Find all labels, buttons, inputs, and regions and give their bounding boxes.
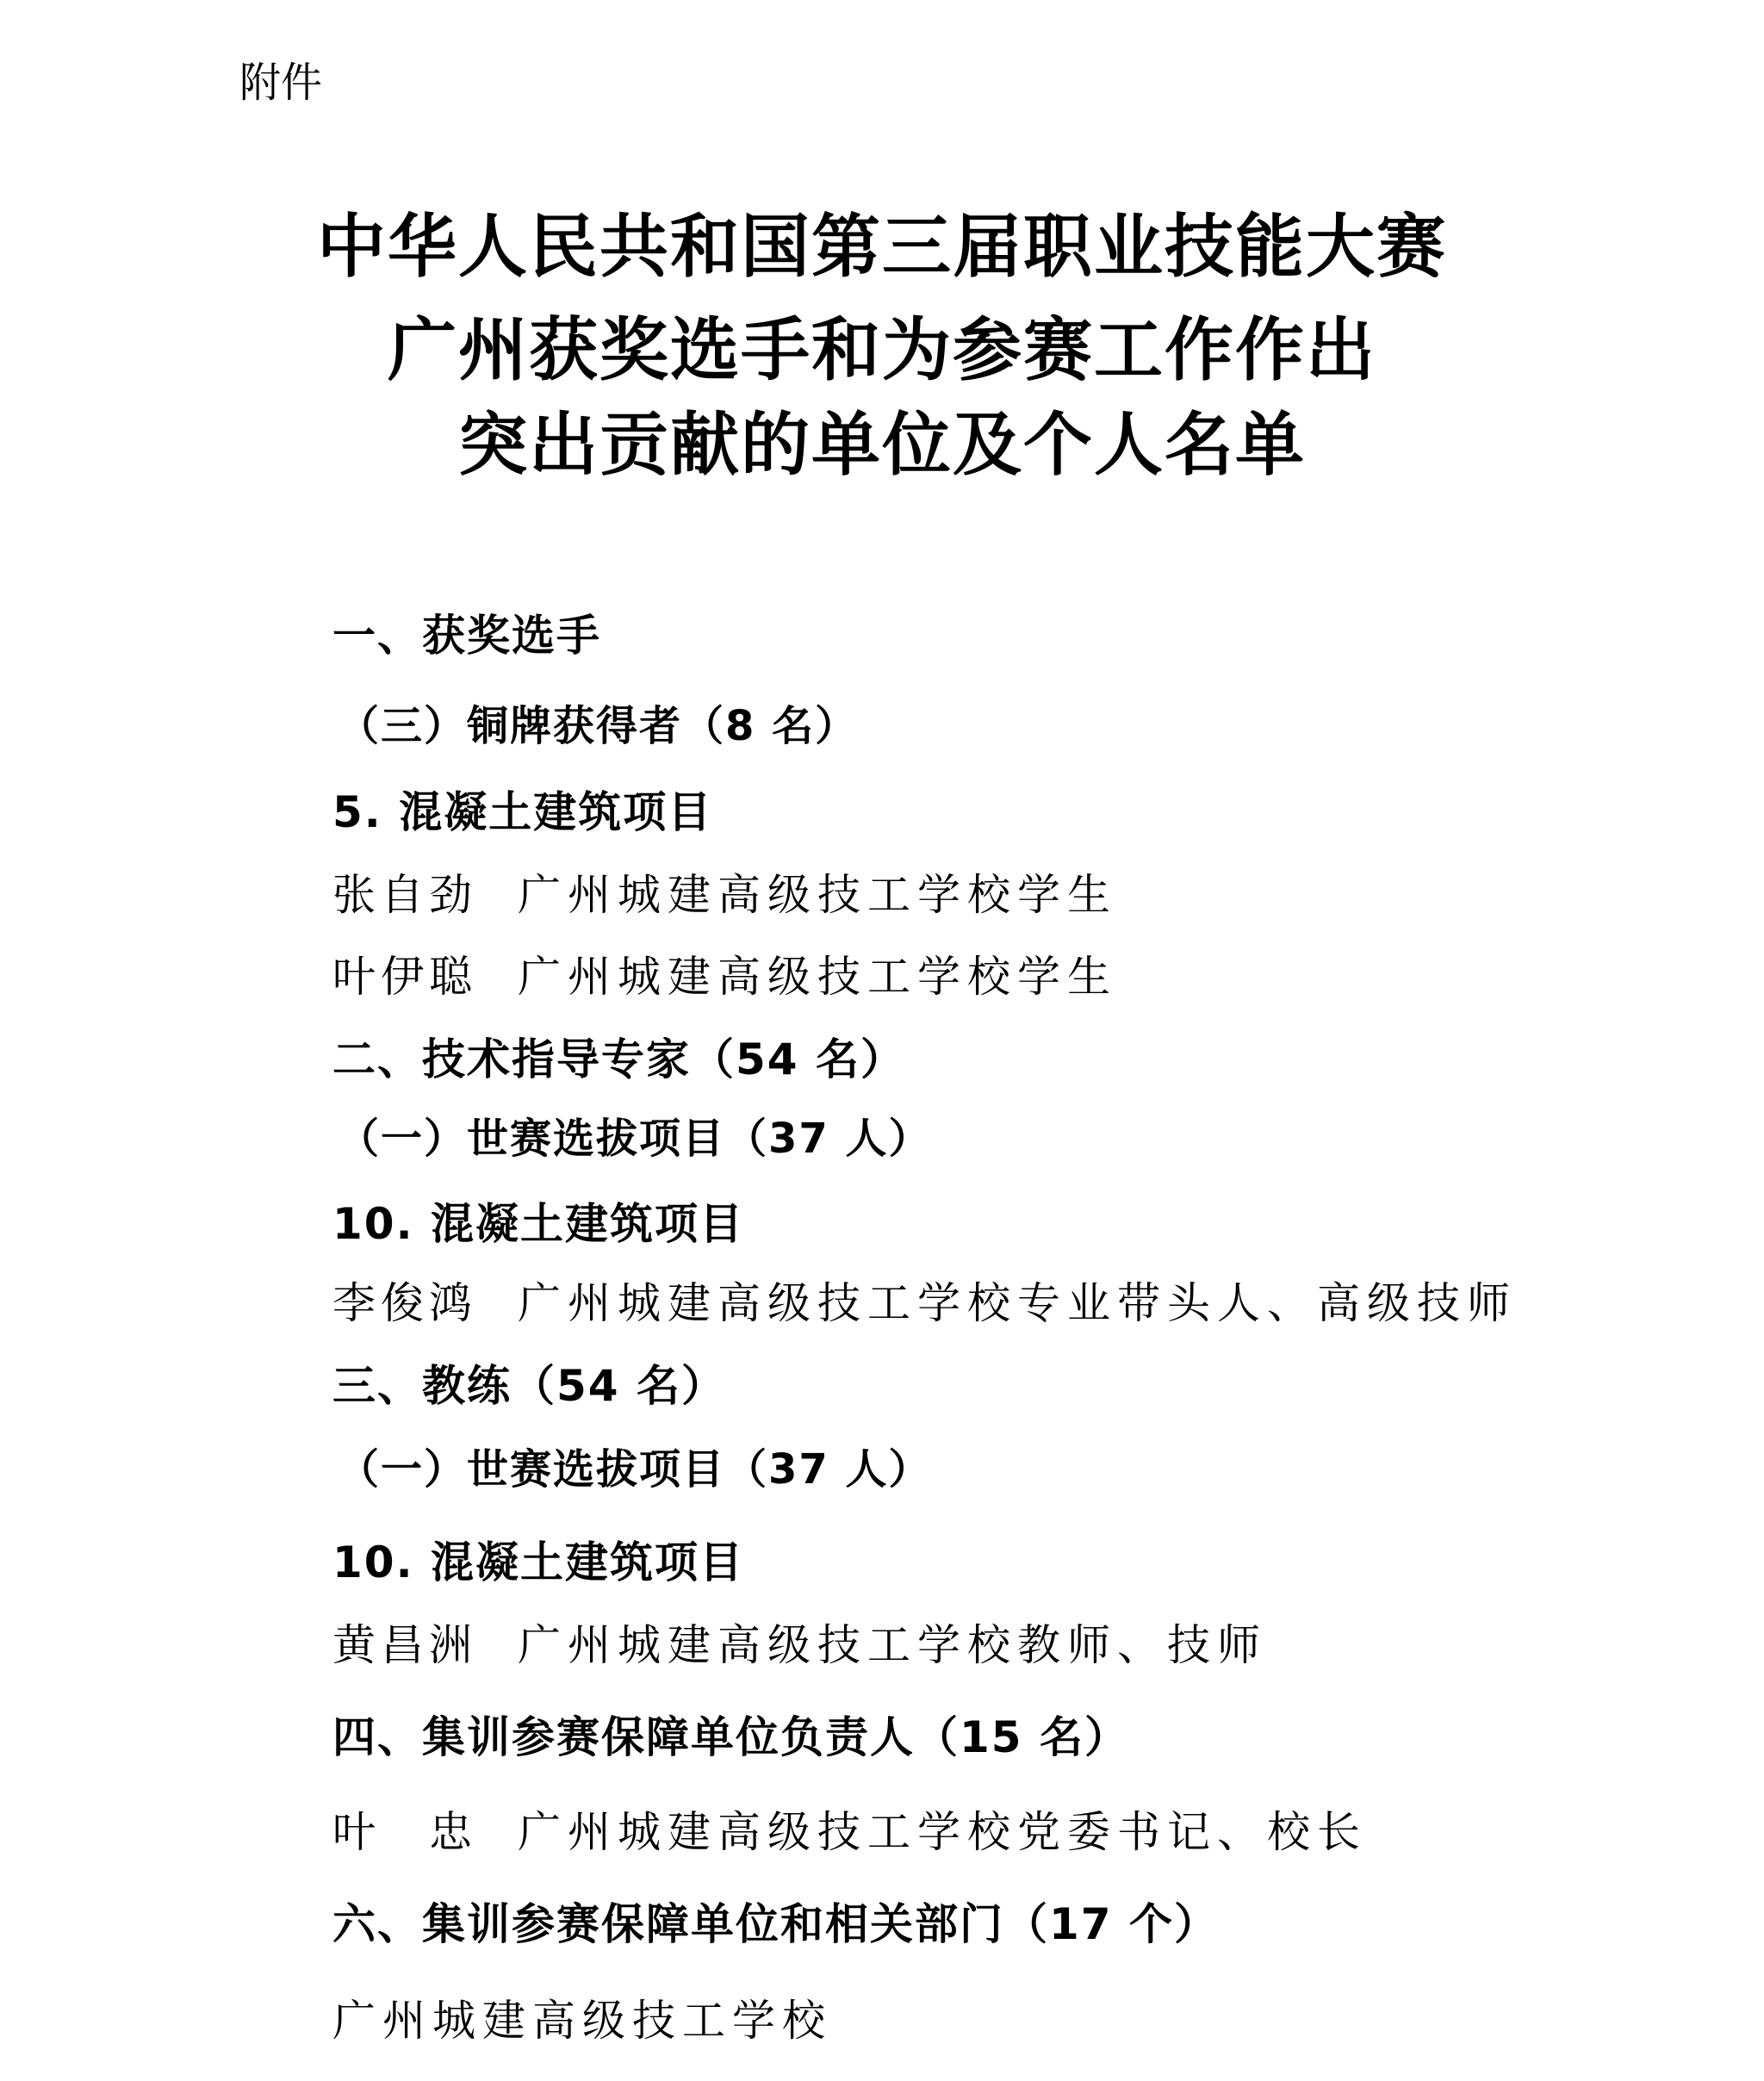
person-name: 李俊鸿: [332, 1282, 518, 1325]
person-row: 李俊鸿广州城建高级技工学校专业带头人、高级技师: [332, 1282, 1517, 1325]
person-row: 黄昌洲广州城建高级技工学校教师、技师: [332, 1624, 1267, 1667]
person-description: 广州城建高级技工学校学生: [518, 870, 1117, 920]
section-heading-award-winners: 一、获奖选手: [332, 614, 601, 657]
subsection-worldskills-selection: （一）世赛选拔项目（37 人）: [338, 1449, 932, 1490]
document-title-line-1: 中华人民共和国第三届职业技能大赛: [0, 212, 1764, 281]
subsection-worldskills-selection: （一）世赛选拔项目（37 人）: [338, 1118, 932, 1159]
person-description: 广州城建高级技工学校学生: [518, 952, 1117, 1002]
section-heading-support-units: 六、集训参赛保障单位和相关部门（17 个）: [332, 1903, 1219, 1946]
section-heading-unit-leaders: 四、集训参赛保障单位负责人（15 名）: [332, 1716, 1129, 1759]
person-name: 张自劲: [332, 873, 518, 916]
item-concrete-construction: 10. 混凝土建筑项目: [332, 1541, 744, 1584]
document-title-line-2: 广州获奖选手和为参赛工作作出: [0, 315, 1764, 384]
attachment-label: 附件: [239, 62, 322, 103]
document-title-line-3: 突出贡献的单位及个人名单: [0, 410, 1764, 479]
person-row: 张自劲广州城建高级技工学校学生: [332, 873, 1117, 916]
person-row: 叶伊聪广州城建高级技工学校学生: [332, 955, 1117, 998]
person-row: 叶忠广州城建高级技工学校党委书记、校长: [332, 1811, 1367, 1854]
subsection-bronze-medalists: （三）铜牌获得者（8 名）: [338, 705, 858, 747]
person-description: 广州城建高级技工学校党委书记、校长: [518, 1807, 1367, 1857]
section-heading-coaches: 三、教练（54 名）: [332, 1364, 726, 1407]
person-name: 黄昌洲: [332, 1624, 518, 1667]
item-concrete-construction: 10. 混凝土建筑项目: [332, 1202, 744, 1245]
person-description: 广州城建高级技工学校专业带头人、高级技师: [518, 1278, 1517, 1328]
item-concrete-construction: 5. 混凝土建筑项目: [332, 791, 712, 834]
section-heading-technical-experts: 二、技术指导专家（54 名）: [332, 1038, 905, 1081]
person-name: 叶伊聪: [332, 955, 518, 998]
unit-row: 广州城建高级技工学校: [332, 1999, 832, 2042]
person-description: 广州城建高级技工学校教师、技师: [518, 1620, 1267, 1670]
person-name: 叶忠: [332, 1811, 518, 1854]
